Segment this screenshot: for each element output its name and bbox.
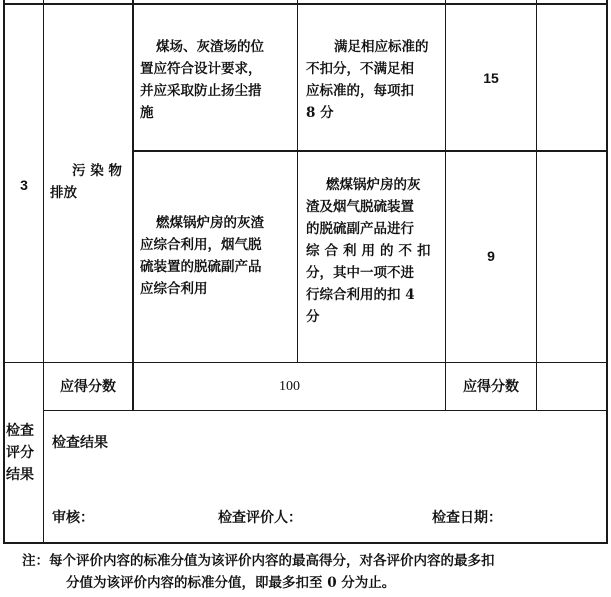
item-1-criteria: 满足相应标准的 不扣分，不满足相 应标准的，每项扣 8 分	[306, 36, 444, 124]
row-category: 污 染 物 排放	[50, 160, 130, 204]
item-2-content-line: 应综合利用	[140, 278, 294, 300]
item-2-content-line: 硫装置的脱硫副产品	[140, 256, 294, 278]
item-1-content-line: 置应符合设计要求，	[140, 58, 294, 80]
col-divider-2	[132, 0, 134, 410]
item-2-criteria-line: 的脱硫副产品进行	[306, 218, 444, 240]
item-1-criteria-line: 满足相应标准的	[306, 36, 444, 58]
row-index: 3	[5, 174, 43, 196]
table-border-right	[606, 0, 608, 544]
item-1-content-line: 并应采取防止扬尘措	[140, 80, 294, 102]
summary-section-label-line: 检查	[6, 420, 42, 442]
evaluator-label: 检查评价人：	[218, 507, 358, 529]
footnote: 注：每个评价内容的标准分值为该评价内容的最高得分，对各评价内容的最多扣 分值为该…	[22, 550, 610, 594]
item-1-standard-score: 15	[446, 66, 536, 90]
reviewer-label: 审核：	[52, 507, 152, 529]
footnote-line2: 分值为该评价内容的标准分值，即最多扣至 0 分为止。	[22, 572, 610, 594]
row-divider-items	[133, 150, 607, 152]
should-score-label: 应得分数	[44, 363, 132, 410]
col-divider-3	[297, 0, 298, 362]
item-1-actual-score[interactable]	[537, 5, 606, 150]
item-2-content-line: 燃煤锅炉房的灰渣	[140, 212, 294, 234]
item-2-criteria-line: 行综合利用的扣 4	[306, 284, 444, 306]
should-score-value: 100	[134, 363, 445, 410]
table-bottom-rule	[3, 542, 608, 544]
item-1-criteria-line: 不扣分，不满足相	[306, 58, 444, 80]
item-2-criteria: 燃煤锅炉房的灰 渣及烟气脱硫装置 的脱硫副产品进行 综合利用的不扣 分，其中一项…	[306, 174, 444, 328]
table-border-left	[3, 0, 5, 544]
col-divider-1	[43, 0, 44, 362]
actual-score-label: 应得分数	[446, 363, 536, 410]
item-1-content-line: 施	[140, 102, 294, 124]
footnote-line1: 注：每个评价内容的标准分值为该评价内容的最高得分，对各评价内容的最多扣	[22, 550, 610, 572]
item-2-criteria-line: 燃煤锅炉房的灰	[306, 174, 444, 196]
row-divider-score	[44, 410, 607, 411]
item-2-content-line: 应综合利用，烟气脱	[140, 234, 294, 256]
actual-score-value[interactable]	[537, 363, 606, 410]
row-category-line1: 污 染 物	[50, 160, 130, 182]
check-result-label: 检查结果	[52, 432, 252, 454]
date-label: 检查日期：	[432, 507, 572, 529]
item-2-content: 燃煤锅炉房的灰渣 应综合利用，烟气脱 硫装置的脱硫副产品 应综合利用	[140, 212, 294, 300]
item-1-criteria-line: 8 分	[306, 102, 444, 124]
table-top-rule	[3, 3, 608, 5]
item-2-actual-score[interactable]	[537, 152, 606, 362]
summary-section-label: 检查 评分 结果	[6, 420, 42, 486]
row-category-line2: 排放	[50, 182, 130, 204]
item-2-criteria-line: 综合利用的不扣	[306, 240, 444, 262]
item-1-criteria-line: 应标准的，每项扣	[306, 80, 444, 102]
check-result-area[interactable]	[44, 455, 606, 495]
item-1-content: 煤场、灰渣场的位 置应符合设计要求， 并应采取防止扬尘措 施	[140, 36, 294, 124]
item-2-criteria-line: 分	[306, 306, 444, 328]
summary-section-label-line: 评分	[6, 442, 42, 464]
item-2-criteria-line: 渣及烟气脱硫装置	[306, 196, 444, 218]
col-divider-4	[445, 0, 446, 410]
item-2-criteria-line: 分，其中一项不进	[306, 262, 444, 284]
summary-section-label-line: 结果	[6, 464, 42, 486]
item-2-standard-score: 9	[446, 244, 536, 268]
item-1-content-line: 煤场、灰渣场的位	[140, 36, 294, 58]
